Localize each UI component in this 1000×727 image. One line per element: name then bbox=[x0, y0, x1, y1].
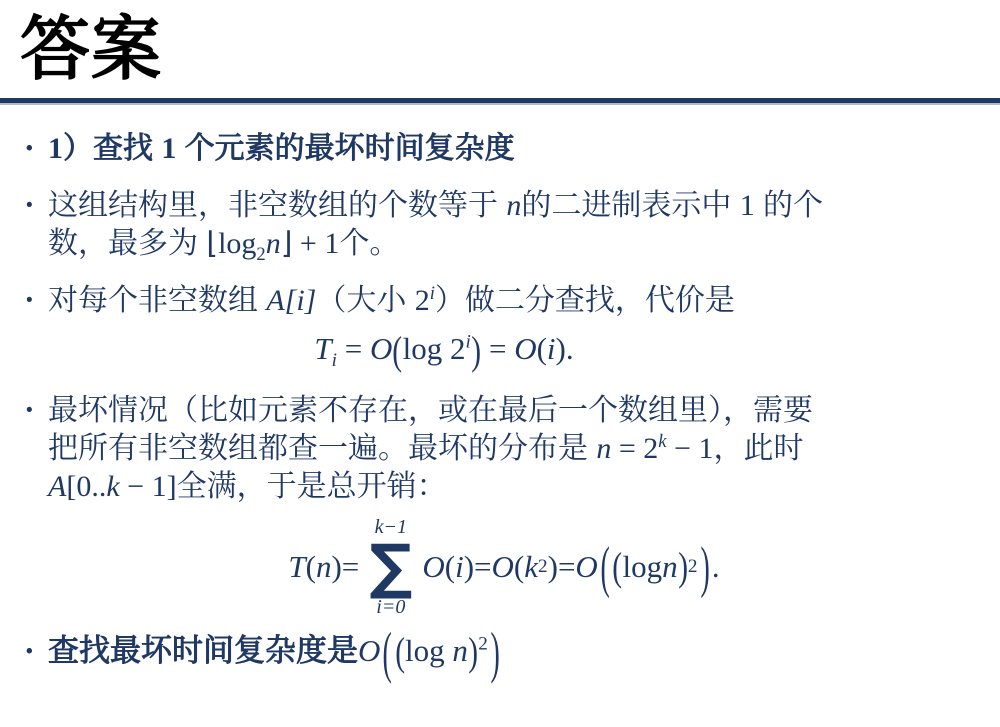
total-cost-formula-inline: T(n) = k−1∑i=0O (i) = O(k2) = O((log n )… bbox=[288, 516, 719, 618]
math-var-n: n bbox=[662, 551, 678, 582]
big-paren-close: ) bbox=[489, 618, 502, 688]
bullet-icon: • bbox=[26, 282, 48, 320]
text-run: 的二进制表示中 bbox=[521, 189, 739, 222]
math-var-n: n bbox=[596, 432, 611, 465]
paren-open: ( bbox=[395, 627, 405, 676]
bullet-4: • 最坏情况（比如元素不存在，或在最后一个数组里），需要 把所有非空数组都查一遍… bbox=[26, 392, 982, 506]
text-line: 把所有非空数组都查一遍。最坏的分布是 n = 2k − 1，此时 bbox=[48, 430, 982, 468]
sigma-symbol: ∑ bbox=[369, 538, 412, 596]
bullet-2-text: 这组结构里，非空数组的个数等于 n的二进制表示中 1 的个 数，最多为 ⌊log… bbox=[48, 187, 982, 263]
math-bigO: O bbox=[422, 551, 444, 582]
math-bigO: O bbox=[575, 551, 597, 582]
log-function: log bbox=[218, 227, 256, 260]
text-run: 个元素的最坏时间复杂度 bbox=[176, 132, 514, 165]
slide: 答案 • 1）查找 1 个元素的最坏时间复杂度 • 这组结构里，非空数组的个数等… bbox=[0, 0, 1000, 727]
summation-block: k−1∑i=0 bbox=[369, 516, 412, 618]
log-function: log bbox=[622, 551, 662, 582]
bullet-1: • 1）查找 1 个元素的最坏时间复杂度 bbox=[26, 130, 982, 168]
paren-close: ) bbox=[548, 551, 558, 582]
bullet-3: • 对每个非空数组 A[i]（大小 2i）做二分查找，代价是 bbox=[26, 282, 982, 320]
text-run: 查找 bbox=[93, 132, 161, 165]
math-run: . bbox=[712, 551, 720, 582]
math-bigO: O bbox=[358, 633, 380, 668]
bullet-5-text: 查找最坏时间复杂度是O((log n )2) bbox=[48, 632, 982, 672]
bullet-icon: • bbox=[26, 392, 48, 506]
paren-close: ) bbox=[331, 551, 341, 582]
number-run: 1 bbox=[740, 189, 755, 222]
bullet-icon: • bbox=[26, 130, 48, 168]
math-bigO: O bbox=[370, 331, 392, 366]
math-run: = bbox=[337, 331, 370, 366]
text-line: A[0..k − 1]全满，于是总开销： bbox=[48, 468, 982, 506]
big-paren-close: ) bbox=[698, 538, 711, 595]
paren-open: ( bbox=[445, 551, 455, 582]
text-run: 把所有非空数组都查一遍。最坏的分布是 bbox=[48, 432, 596, 465]
log-function: log bbox=[405, 633, 452, 668]
floor-close: ⌋ bbox=[281, 227, 293, 260]
paren-close: ) bbox=[464, 551, 474, 582]
math-var-n: n bbox=[266, 227, 281, 260]
bullet-2: • 这组结构里，非空数组的个数等于 n的二进制表示中 1 的个 数，最多为 ⌊l… bbox=[26, 187, 982, 263]
math-var-T: T bbox=[314, 331, 331, 366]
text-run: 查找最坏时间复杂度是 bbox=[48, 633, 358, 668]
bullet-5: • 查找最坏时间复杂度是O((log n )2) bbox=[26, 632, 982, 672]
text-line: 最坏情况（比如元素不存在，或在最后一个数组里），需要 bbox=[48, 392, 982, 430]
bullet-icon: • bbox=[26, 633, 48, 671]
text-run: 对每个非空数组 bbox=[48, 284, 266, 317]
math-bigO: O bbox=[492, 551, 514, 582]
math-run: − 1，此时 bbox=[667, 432, 804, 465]
math-bigO: O bbox=[514, 331, 536, 366]
text-run: 最坏情况（比如元素不存在，或在最后一个数组里），需要 bbox=[48, 394, 813, 427]
math-run: = bbox=[558, 551, 575, 582]
math-var-T: T bbox=[288, 551, 305, 582]
math-var-n: n bbox=[452, 633, 468, 668]
math-run: = bbox=[342, 551, 359, 582]
paren-open: ( bbox=[612, 546, 622, 586]
text-line: 这组结构里，非空数组的个数等于 n的二进制表示中 1 的个 bbox=[48, 187, 982, 225]
math-exponent: 2 bbox=[478, 633, 488, 654]
paren-close: ). bbox=[556, 331, 574, 366]
text-run: 个。 bbox=[339, 227, 399, 260]
paren-open: ( bbox=[514, 551, 524, 582]
math-run: = bbox=[474, 551, 491, 582]
paren-close: ) bbox=[471, 318, 481, 383]
bullet-icon: • bbox=[26, 187, 48, 263]
math-exponent: k bbox=[658, 431, 666, 452]
math-exponent: i bbox=[466, 332, 471, 353]
text-run: 这组结构里，非空数组的个数等于 bbox=[48, 189, 506, 222]
math-var-A: A bbox=[48, 470, 66, 503]
math-var-k: k bbox=[106, 470, 119, 503]
floor-open: ⌊ bbox=[206, 227, 218, 260]
number-run: 1 bbox=[161, 132, 176, 165]
math-run: = 2 bbox=[611, 432, 658, 465]
math-var-i: i bbox=[455, 551, 464, 582]
paren-open: ( bbox=[306, 551, 316, 582]
bullet-1-text: 1）查找 1 个元素的最坏时间复杂度 bbox=[48, 130, 982, 168]
paren-open: ( bbox=[537, 331, 547, 366]
math-run: − 1] bbox=[120, 470, 177, 503]
log-base: 2 bbox=[256, 244, 265, 265]
math-run: log 2 bbox=[403, 331, 466, 366]
math-run: = bbox=[481, 331, 514, 366]
math-run: 2 bbox=[415, 284, 430, 317]
math-var-i: i bbox=[547, 331, 556, 366]
page-title: 答案 bbox=[20, 4, 1000, 94]
binary-search-cost-formula: Ti = O(log 2i) = O(i). bbox=[26, 324, 862, 376]
text-run: ）做二分查找，代价是 bbox=[435, 284, 735, 317]
math-run: [0.. bbox=[66, 470, 106, 503]
total-cost-formula: T(n) = k−1∑i=0O (i) = O(k2) = O((log n )… bbox=[26, 516, 982, 618]
slide-content: • 1）查找 1 个元素的最坏时间复杂度 • 这组结构里，非空数组的个数等于 n… bbox=[0, 105, 1000, 672]
math-var-n: n bbox=[316, 551, 332, 582]
bullet-3-text: 对每个非空数组 A[i]（大小 2i）做二分查找，代价是 bbox=[48, 282, 982, 320]
text-run: （大小 bbox=[316, 284, 414, 317]
paren-close: ) bbox=[468, 627, 478, 676]
math-array-ref: A[i] bbox=[266, 284, 316, 317]
slide-header: 答案 bbox=[0, 0, 1000, 94]
list-number: 1） bbox=[48, 132, 93, 165]
text-run: 数，最多为 bbox=[48, 227, 206, 260]
text-run: 全满，于是总开销： bbox=[177, 470, 447, 503]
math-var-k: k bbox=[524, 551, 538, 582]
big-paren-open: ( bbox=[599, 538, 612, 595]
paren-open: ( bbox=[393, 318, 403, 383]
text-line: 数，最多为 ⌊log2n⌋ + 1个。 bbox=[48, 225, 982, 263]
text-run: 的个 bbox=[755, 189, 823, 222]
math-var-n: n bbox=[506, 189, 521, 222]
bullet-4-text: 最坏情况（比如元素不存在，或在最后一个数组里），需要 把所有非空数组都查一遍。最… bbox=[48, 392, 982, 506]
summation-lower-limit: i=0 bbox=[376, 596, 405, 618]
big-paren-open: ( bbox=[381, 618, 394, 688]
math-run: + 1 bbox=[292, 227, 339, 260]
paren-close: ) bbox=[678, 546, 688, 586]
